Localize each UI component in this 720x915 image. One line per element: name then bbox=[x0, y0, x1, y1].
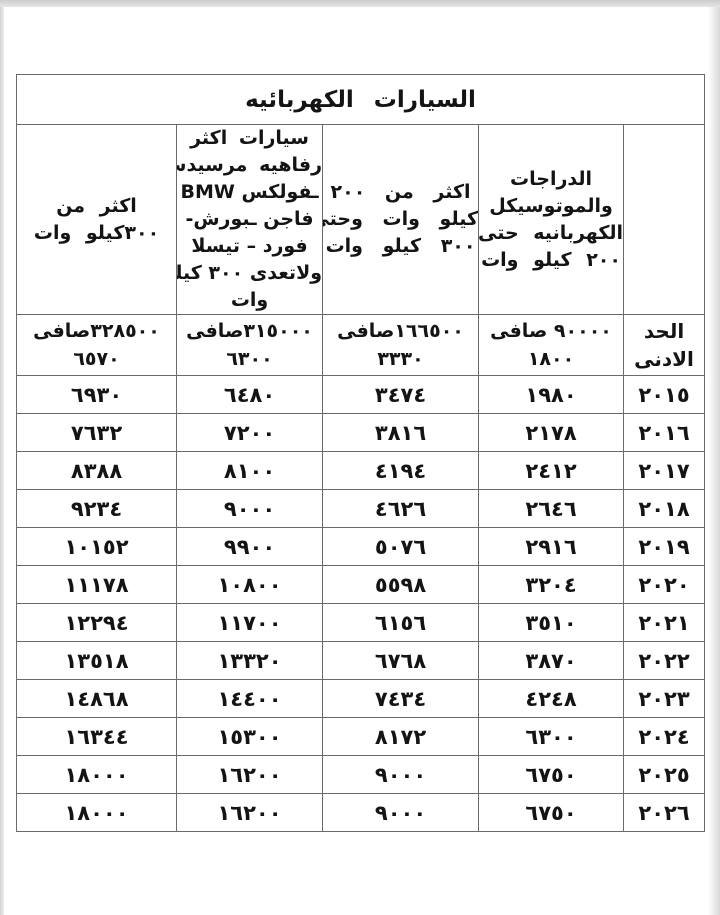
header-line: كيلو وات وحتى bbox=[323, 206, 478, 233]
minimum-value-cell: ٣١٥٠٠٠صافى ٦٣٠٠ bbox=[177, 315, 323, 376]
fee-cell: ٦٧٦٨ bbox=[323, 642, 479, 680]
fee-cell: ٨١٠٠ bbox=[177, 452, 323, 490]
year-cell: ٢٠١٥ bbox=[624, 376, 705, 414]
minimum-value-cell: ١٦٦٥٠٠صافى ٣٣٣٠ bbox=[323, 315, 479, 376]
net-amount: ٣٢٨٥٠٠صافى bbox=[17, 317, 176, 345]
minimum-value-cell: ٣٢٨٥٠٠صافى ٦٥٧٠ bbox=[17, 315, 177, 376]
fee-cell: ١١٧٠٠ bbox=[177, 604, 323, 642]
header-line: والموتوسيكل bbox=[479, 193, 623, 220]
fee-cell: ١٦٣٤٤ bbox=[17, 718, 177, 756]
header-line: ٣٠٠كيلو وات bbox=[17, 220, 176, 247]
fee-cell: ١٨٠٠٠ bbox=[17, 794, 177, 832]
fee-cell: ٩٠٠٠ bbox=[323, 794, 479, 832]
fee-row: ٢٠٢٠ ٣٢٠٤ ٥٥٩٨ ١٠٨٠٠ ١١١٧٨ bbox=[17, 566, 705, 604]
header-line: سيارات اكثر bbox=[177, 125, 322, 152]
fee-row: ٢٠٢٥ ٦٧٥٠ ٩٠٠٠ ١٦٢٠٠ ١٨٠٠٠ bbox=[17, 756, 705, 794]
header-line: ولاتعدى ٣٠٠ كيلو bbox=[177, 260, 322, 287]
year-cell: ٢٠١٩ bbox=[624, 528, 705, 566]
header-line: ٣٠٠ كيلو وات bbox=[323, 233, 478, 260]
fee-cell: ١٩٨٠ bbox=[479, 376, 624, 414]
min-amount: ٣٣٣٠ bbox=[323, 345, 478, 373]
fee-cell: ٧٤٣٤ bbox=[323, 680, 479, 718]
fee-cell: ٦٩٣٠ bbox=[17, 376, 177, 414]
fee-cell: ٢٦٤٦ bbox=[479, 490, 624, 528]
year-cell: ٢٠٢٢ bbox=[624, 642, 705, 680]
document-page: { "title": "السيارات الكهربائيه", "colum… bbox=[0, 0, 720, 915]
fee-row: ٢٠٢٤ ٦٣٠٠ ٨١٧٢ ١٥٣٠٠ ١٦٣٤٤ bbox=[17, 718, 705, 756]
year-cell: ٢٠٢١ bbox=[624, 604, 705, 642]
net-amount: ٣١٥٠٠٠صافى bbox=[177, 317, 322, 345]
header-kw200-300: اكثر من ٢٠٠ كيلو وات وحتى ٣٠٠ كيلو وات bbox=[323, 125, 479, 315]
net-amount: ١٦٦٥٠٠صافى bbox=[323, 317, 478, 345]
fee-cell: ١٠١٥٢ bbox=[17, 528, 177, 566]
header-luxury-cars: سيارات اكثر رفاهيه مرسيدس BMW ـفولكس فاج… bbox=[177, 125, 323, 315]
year-cell: ٢٠٢٠ bbox=[624, 566, 705, 604]
fee-cell: ٤٢٤٨ bbox=[479, 680, 624, 718]
minimum-label-line: الادنى bbox=[624, 345, 704, 373]
table-title: السيارات الكهربائيه bbox=[17, 75, 705, 125]
fee-cell: ٩٠٠٠ bbox=[177, 490, 323, 528]
fee-cell: ٣٨٧٠ bbox=[479, 642, 624, 680]
fee-cell: ٢٤١٢ bbox=[479, 452, 624, 490]
net-amount: ٩٠٠٠٠ صافى bbox=[479, 317, 623, 345]
header-line: فاجن ـبورش- bbox=[177, 206, 322, 233]
header-line: اكثر من ٢٠٠ bbox=[323, 179, 478, 206]
fee-row: ٢٠٢٢ ٣٨٧٠ ٦٧٦٨ ١٣٣٢٠ ١٣٥١٨ bbox=[17, 642, 705, 680]
fee-cell: ١٤٤٠٠ bbox=[177, 680, 323, 718]
fee-cell: ٤٦٢٦ bbox=[323, 490, 479, 528]
fee-cell: ٢١٧٨ bbox=[479, 414, 624, 452]
fee-cell: ٣٥١٠ bbox=[479, 604, 624, 642]
fee-cell: ١٦٢٠٠ bbox=[177, 756, 323, 794]
header-row: الدراجات والموتوسيكل الكهربانيه حتى ٢٠٠ … bbox=[17, 125, 705, 315]
year-cell: ٢٠٢٣ bbox=[624, 680, 705, 718]
fee-row: ٢٠٢٣ ٤٢٤٨ ٧٤٣٤ ١٤٤٠٠ ١٤٨٦٨ bbox=[17, 680, 705, 718]
header-bikes-motorcycles: الدراجات والموتوسيكل الكهربانيه حتى ٢٠٠ … bbox=[479, 125, 624, 315]
fee-cell: ١٥٣٠٠ bbox=[177, 718, 323, 756]
scan-left-edge bbox=[0, 7, 4, 915]
fee-cell: ٨١٧٢ bbox=[323, 718, 479, 756]
fee-row: ٢٠١٨ ٢٦٤٦ ٤٦٢٦ ٩٠٠٠ ٩٢٣٤ bbox=[17, 490, 705, 528]
minimum-value-cell: ٩٠٠٠٠ صافى ١٨٠٠ bbox=[479, 315, 624, 376]
year-cell: ٢٠٢٥ bbox=[624, 756, 705, 794]
year-cell: ٢٠١٦ bbox=[624, 414, 705, 452]
fee-cell: ٦١٥٦ bbox=[323, 604, 479, 642]
fee-cell: ١١١٧٨ bbox=[17, 566, 177, 604]
fee-row: ٢٠٢١ ٣٥١٠ ٦١٥٦ ١١٧٠٠ ١٢٢٩٤ bbox=[17, 604, 705, 642]
min-amount: ١٨٠٠ bbox=[479, 345, 623, 373]
fee-cell: ٦٧٥٠ bbox=[479, 794, 624, 832]
min-amount: ٦٥٧٠ bbox=[17, 345, 176, 373]
fee-cell: ٧٦٣٢ bbox=[17, 414, 177, 452]
header-line: الكهربانيه حتى bbox=[479, 220, 623, 247]
fee-cell: ٣٨١٦ bbox=[323, 414, 479, 452]
header-line: فورد – تيسلا bbox=[177, 233, 322, 260]
scan-right-edge bbox=[708, 7, 720, 915]
year-cell: ٢٠١٨ bbox=[624, 490, 705, 528]
fee-cell: ٦٧٥٠ bbox=[479, 756, 624, 794]
fee-cell: ٤١٩٤ bbox=[323, 452, 479, 490]
header-year-empty bbox=[624, 125, 705, 315]
fee-cell: ٧٢٠٠ bbox=[177, 414, 323, 452]
fee-cell: ٨٣٨٨ bbox=[17, 452, 177, 490]
fee-cell: ١٦٢٠٠ bbox=[177, 794, 323, 832]
year-cell: ٢٠١٧ bbox=[624, 452, 705, 490]
fee-row: ٢٠١٦ ٢١٧٨ ٣٨١٦ ٧٢٠٠ ٧٦٣٢ bbox=[17, 414, 705, 452]
header-line-bmw: BMW ـفولكس bbox=[177, 179, 322, 206]
header-line: الدراجات bbox=[479, 166, 623, 193]
fee-cell: ١٠٨٠٠ bbox=[177, 566, 323, 604]
fee-row: ٢٠١٧ ٢٤١٢ ٤١٩٤ ٨١٠٠ ٨٣٨٨ bbox=[17, 452, 705, 490]
header-line: اكثر من bbox=[17, 193, 176, 220]
header-kw300-plus: اكثر من ٣٠٠كيلو وات bbox=[17, 125, 177, 315]
electric-cars-fees-table: السيارات الكهربائيه الدراجات والموتوسيكل… bbox=[16, 74, 705, 832]
title-row: السيارات الكهربائيه bbox=[17, 75, 705, 125]
fee-cell: ٥٥٩٨ bbox=[323, 566, 479, 604]
year-cell: ٢٠٢٤ bbox=[624, 718, 705, 756]
year-cell: ٢٠٢٦ bbox=[624, 794, 705, 832]
scan-top-edge bbox=[0, 0, 720, 7]
fee-cell: ١٣٥١٨ bbox=[17, 642, 177, 680]
fee-cell: ٩٩٠٠ bbox=[177, 528, 323, 566]
fee-row: ٢٠٢٦ ٦٧٥٠ ٩٠٠٠ ١٦٢٠٠ ١٨٠٠٠ bbox=[17, 794, 705, 832]
minimum-label-line: الحد bbox=[624, 317, 704, 345]
header-line: وات bbox=[177, 287, 322, 314]
header-line: رفاهيه مرسيدس bbox=[177, 152, 322, 179]
fee-cell: ١٤٨٦٨ bbox=[17, 680, 177, 718]
fee-cell: ٢٩١٦ bbox=[479, 528, 624, 566]
fee-row: ٢٠١٩ ٢٩١٦ ٥٠٧٦ ٩٩٠٠ ١٠١٥٢ bbox=[17, 528, 705, 566]
fee-cell: ٥٠٧٦ bbox=[323, 528, 479, 566]
fee-cell: ١٣٣٢٠ bbox=[177, 642, 323, 680]
fee-cell: ١٨٠٠٠ bbox=[17, 756, 177, 794]
minimum-label-cell: الحد الادنى bbox=[624, 315, 705, 376]
fee-cell: ٣٢٠٤ bbox=[479, 566, 624, 604]
fee-row: ٢٠١٥ ١٩٨٠ ٣٤٧٤ ٦٤٨٠ ٦٩٣٠ bbox=[17, 376, 705, 414]
fee-cell: ٩٠٠٠ bbox=[323, 756, 479, 794]
header-line: ٢٠٠ كيلو وات bbox=[479, 247, 623, 274]
min-amount: ٦٣٠٠ bbox=[177, 345, 322, 373]
fee-cell: ٦٣٠٠ bbox=[479, 718, 624, 756]
fee-cell: ١٢٢٩٤ bbox=[17, 604, 177, 642]
minimum-row: الحد الادنى ٩٠٠٠٠ صافى ١٨٠٠ ١٦٦٥٠٠صافى ٣… bbox=[17, 315, 705, 376]
fee-cell: ٦٤٨٠ bbox=[177, 376, 323, 414]
fee-cell: ٩٢٣٤ bbox=[17, 490, 177, 528]
fee-cell: ٣٤٧٤ bbox=[323, 376, 479, 414]
